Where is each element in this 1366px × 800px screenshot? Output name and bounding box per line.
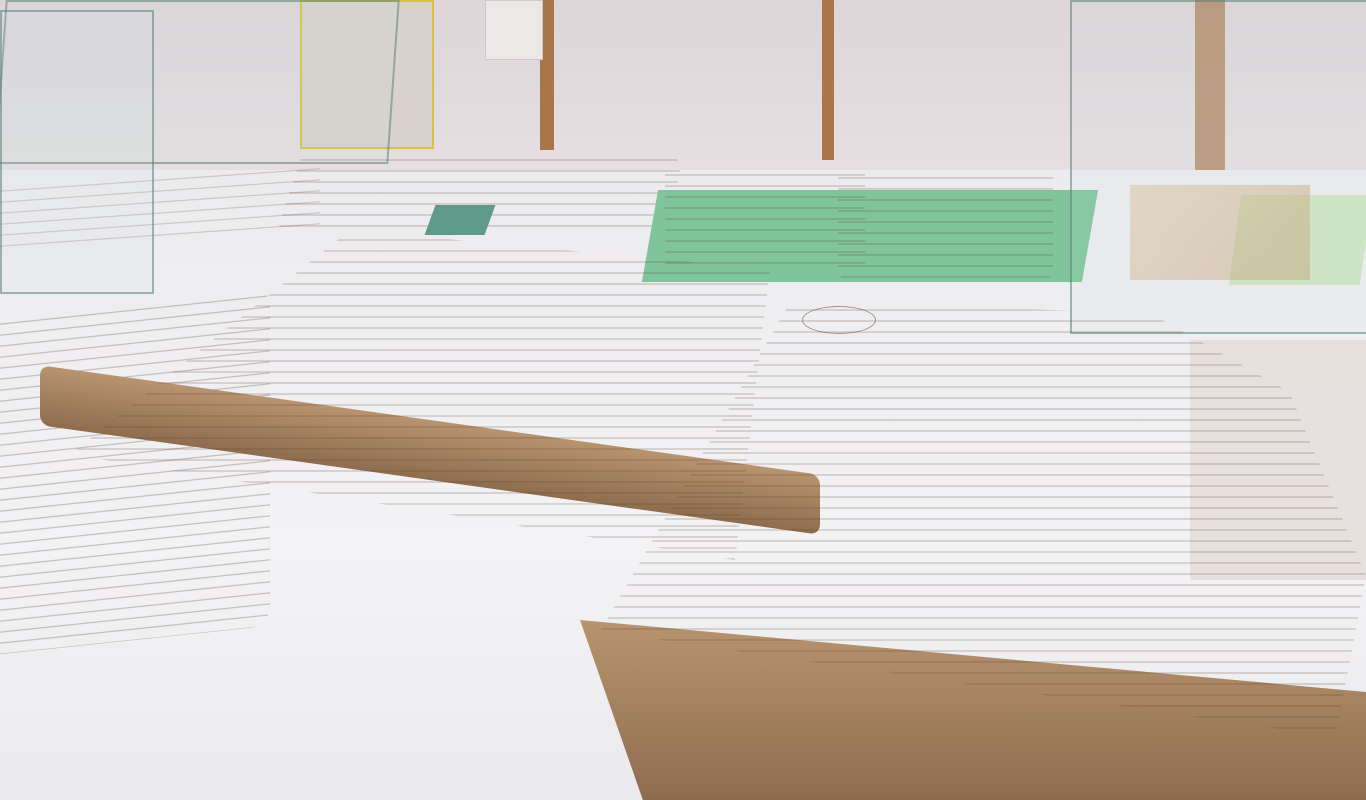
- wood-frame: [822, 0, 834, 160]
- manuscript-page-right: [838, 168, 1053, 278]
- manuscript-page-left: [665, 165, 865, 270]
- glass-case: [0, 10, 154, 294]
- seal-stamp: [802, 306, 876, 334]
- wall-label: [485, 0, 543, 60]
- manuscript: [1130, 185, 1310, 280]
- mat: [425, 205, 496, 235]
